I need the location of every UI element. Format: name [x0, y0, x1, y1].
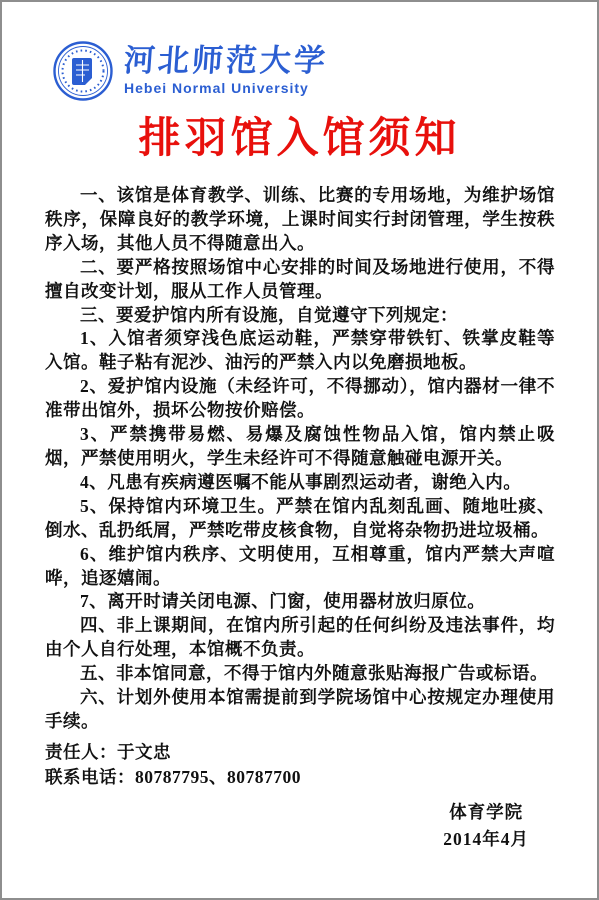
phone-line: 联系电话：80787795、80787700: [45, 765, 301, 790]
university-name-chinese: 河北师范大学: [123, 44, 329, 78]
signature-block: 体育学院 2014年4月: [443, 799, 529, 853]
notice-body: 一、该馆是体育教学、训练、比赛的专用场地，为维护场馆秩序，保障良好的教学环境，上…: [45, 184, 555, 734]
phone-numbers: 80787795、80787700: [135, 767, 301, 787]
notice-paragraph-5: 五、非本馆同意，不得于馆内外随意张贴海报广告或标语。: [45, 662, 555, 686]
issue-date: 2014年4月: [443, 826, 529, 853]
contact-block: 责任人：于文忠 联系电话：80787795、80787700: [45, 740, 301, 789]
notice-rule-3: 3、严禁携带易燃、易爆及腐蚀性物品入馆，馆内禁止吸烟，严禁使用明火，学生未经许可…: [45, 423, 555, 471]
phone-label: 联系电话：: [45, 767, 135, 787]
university-seal-icon: [52, 40, 114, 102]
responsible-name: 于文忠: [117, 742, 171, 762]
notice-paragraph-1: 一、该馆是体育教学、训练、比赛的专用场地，为维护场馆秩序，保障良好的教学环境，上…: [45, 184, 555, 256]
notice-rule-2: 2、爱护馆内设施（未经许可，不得挪动），馆内器材一律不准带出馆外，损坏公物按价赔…: [45, 375, 555, 423]
university-logo: 河北师范大学 Hebei Normal University: [52, 40, 328, 102]
department-name: 体育学院: [443, 799, 529, 826]
notice-rule-6: 6、维护馆内秩序、文明使用，互相尊重，馆内严禁大声喧哗，追逐嬉闹。: [45, 543, 555, 591]
notice-rule-1: 1、入馆者须穿浅色底运动鞋，严禁穿带铁钉、铁掌皮鞋等入馆。鞋子粘有泥沙、油污的严…: [45, 327, 555, 375]
notice-paragraph-3: 三、要爱护馆内所有设施，自觉遵守下列规定：: [45, 304, 555, 328]
notice-rule-5: 5、保持馆内环境卫生。严禁在馆内乱刻乱画、随地吐痰、倒水、乱扔纸屑，严禁吃带皮核…: [45, 495, 555, 543]
university-name-english: Hebei Normal University: [124, 80, 328, 96]
responsible-label: 责任人：: [45, 742, 117, 762]
notice-paragraph-2: 二、要严格按照场馆中心安排的时间及场地进行使用，不得擅自改变计划，服从工作人员管…: [45, 256, 555, 304]
notice-rule-7: 7、离开时请关闭电源、门窗，使用器材放归原位。: [45, 590, 555, 614]
notice-paragraph-4: 四、非上课期间，在馆内所引起的任何纠纷及违法事件，均由个人自行处理，本馆概不负责…: [45, 614, 555, 662]
responsible-person-line: 责任人：于文忠: [45, 740, 301, 765]
page-title: 排羽馆入馆须知: [2, 114, 597, 164]
notice-page: 河北师范大学 Hebei Normal University 排羽馆入馆须知 一…: [0, 0, 599, 900]
notice-rule-4: 4、凡患有疾病遵医嘱不能从事剧烈运动者，谢绝入内。: [45, 471, 555, 495]
university-name-block: 河北师范大学 Hebei Normal University: [124, 40, 328, 96]
notice-paragraph-6: 六、计划外使用本馆需提前到学院场馆中心按规定办理使用手续。: [45, 686, 555, 734]
